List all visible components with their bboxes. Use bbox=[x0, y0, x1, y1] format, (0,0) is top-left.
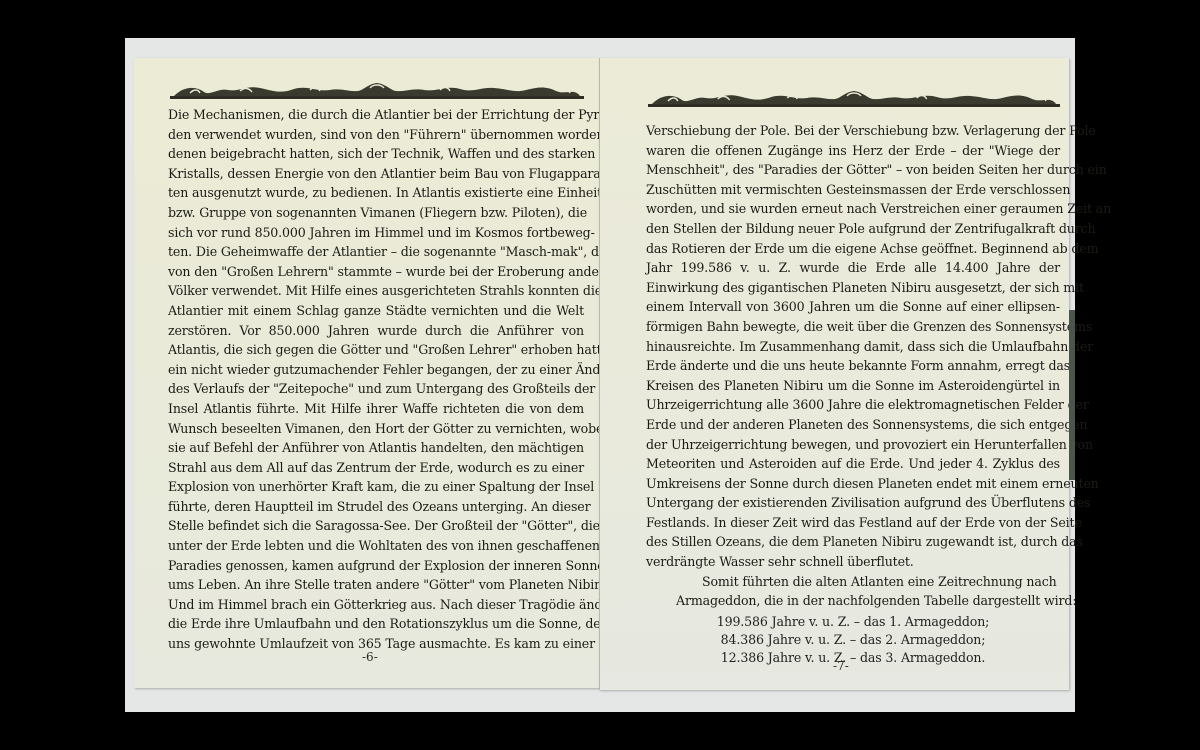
text-line: ten. Die Geheimwaffe der Atlantier – die… bbox=[168, 242, 584, 262]
text-line: Explosion von unerhörter Kraft kam, die … bbox=[168, 477, 584, 497]
text-line: Atlantis, die sich gegen die Götter und … bbox=[168, 340, 584, 360]
text-line: einem Intervall von 3600 Jahren um die S… bbox=[646, 297, 1060, 317]
text-line: der Uhrzeigerrichtung bewegen, und provo… bbox=[646, 435, 1060, 455]
text-line: Stelle befindet sich die Saragossa-See. … bbox=[168, 516, 584, 536]
scanned-book-spread: Die Mechanismen, die durch die Atlantier… bbox=[125, 38, 1075, 712]
text-line: von den "Großen Lehrern" stammte – wurde… bbox=[168, 262, 584, 282]
text-line: Kristalls, dessen Energie von den Atlant… bbox=[168, 164, 584, 184]
text-line: Völker verwendet. Mit Hilfe eines ausger… bbox=[168, 281, 584, 301]
ornamental-header-icon bbox=[170, 82, 584, 100]
text-line: worden, und sie wurden erneut nach Verst… bbox=[646, 199, 1060, 219]
text-line: des Stillen Ozeans, die dem Planeten Nib… bbox=[646, 532, 1060, 552]
page-number: -6- bbox=[362, 650, 378, 664]
text-line: Wunsch beseelten Vimanen, den Hort der G… bbox=[168, 419, 584, 439]
text-line: Jahr 199.586 v. u. Z. wurde die Erde all… bbox=[646, 258, 1060, 278]
page-number: -7- bbox=[833, 659, 849, 673]
text-line: förmigen Bahn bewegte, die weit über die… bbox=[646, 317, 1060, 337]
ornamental-header-icon bbox=[648, 90, 1060, 108]
text-line: denen beigebracht hatten, sich der Techn… bbox=[168, 144, 584, 164]
book-edge bbox=[1069, 310, 1075, 480]
text-line: das Rotieren der Erde um die eigene Achs… bbox=[646, 239, 1060, 259]
text-line: Paradies genossen, kamen aufgrund der Ex… bbox=[168, 556, 584, 576]
text-line: führte, deren Hauptteil im Strudel des O… bbox=[168, 497, 584, 517]
text-line: Somit führten die alten Atlanten eine Ze… bbox=[646, 572, 1060, 592]
text-line: Atlantier mit einem Schlag ganze Städte … bbox=[168, 301, 584, 321]
text-line: waren die offenen Zugänge ins Herz der E… bbox=[646, 141, 1060, 161]
text-line: Festlands. In dieser Zeit wird das Festl… bbox=[646, 513, 1060, 533]
text-line: Menschheit", des "Paradies der Götter" –… bbox=[646, 160, 1060, 180]
text-line: ten ausgenutzt wurde, zu bedienen. In At… bbox=[168, 183, 584, 203]
text-line: Erde änderte und die uns heute bekannte … bbox=[646, 356, 1060, 376]
text-line: die Erde ihre Umlaufbahn und den Rotatio… bbox=[168, 614, 584, 634]
text-line: bzw. Gruppe von sogenannten Vimanen (Fli… bbox=[168, 203, 584, 223]
text-line: Einwirkung des gigantischen Planeten Nib… bbox=[646, 278, 1060, 298]
table-row: 12.386 Jahre v. u. Z. – das 3. Armageddo… bbox=[646, 649, 1060, 667]
text-line: Insel Atlantis führte. Mit Hilfe ihrer W… bbox=[168, 399, 584, 419]
armageddon-table: 199.586 Jahre v. u. Z. – das 1. Armagedd… bbox=[646, 611, 1060, 671]
text-line: unter der Erde lebten und die Wohltaten … bbox=[168, 536, 584, 556]
text-line: Meteoriten und Asteroiden auf die Erde. … bbox=[646, 454, 1060, 474]
text-line: Strahl aus dem All auf das Zentrum der E… bbox=[168, 458, 584, 478]
text-line: des Verlaufs der "Zeitepoche" und zum Un… bbox=[168, 379, 584, 399]
text-line: Erde und der anderen Planeten des Sonnen… bbox=[646, 415, 1060, 435]
table-row: 84.386 Jahre v. u. Z. – das 2. Armageddo… bbox=[646, 631, 1060, 649]
text-line: zerstören. Vor 850.000 Jahren wurde durc… bbox=[168, 321, 584, 341]
left-page-body: Die Mechanismen, die durch die Atlantier… bbox=[168, 105, 584, 654]
right-page: Verschiebung der Pole. Bei der Verschieb… bbox=[599, 58, 1069, 690]
text-line: den Stellen der Bildung neuer Pole aufgr… bbox=[646, 219, 1060, 239]
table-row: 199.586 Jahre v. u. Z. – das 1. Armagedd… bbox=[646, 613, 1060, 631]
text-line: den verwendet wurden, sind von den "Führ… bbox=[168, 125, 584, 145]
text-line: Und im Himmel brach ein Götterkrieg aus.… bbox=[168, 595, 584, 615]
text-line: Untergang der existierenden Zivilisation… bbox=[646, 493, 1060, 513]
text-line: sich vor rund 850.000 Jahren im Himmel u… bbox=[168, 223, 584, 243]
text-line: Uhrzeigerrichtung alle 3600 Jahre die el… bbox=[646, 395, 1060, 415]
text-line: ein nicht wieder gutzumachender Fehler b… bbox=[168, 360, 584, 380]
right-page-body: Verschiebung der Pole. Bei der Verschieb… bbox=[646, 121, 1060, 671]
text-line: Armageddon, die in der nachfolgenden Tab… bbox=[646, 591, 1060, 611]
text-line: verdrängte Wasser sehr schnell überflute… bbox=[646, 552, 1060, 572]
text-line: hinausreichte. Im Zusammenhang damit, da… bbox=[646, 337, 1060, 357]
text-line: Kreisen des Planeten Nibiru um die Sonne… bbox=[646, 376, 1060, 396]
text-line: Umkreisens der Sonne durch diesen Planet… bbox=[646, 474, 1060, 494]
text-line: sie auf Befehl der Anführer von Atlantis… bbox=[168, 438, 584, 458]
text-line: ums Leben. An ihre Stelle traten andere … bbox=[168, 575, 584, 595]
left-page: Die Mechanismen, die durch die Atlantier… bbox=[134, 58, 606, 688]
text-line: Verschiebung der Pole. Bei der Verschieb… bbox=[646, 121, 1060, 141]
text-line: Zuschütten mit vermischten Gesteinsmasse… bbox=[646, 180, 1060, 200]
text-line: Die Mechanismen, die durch die Atlantier… bbox=[168, 105, 584, 125]
